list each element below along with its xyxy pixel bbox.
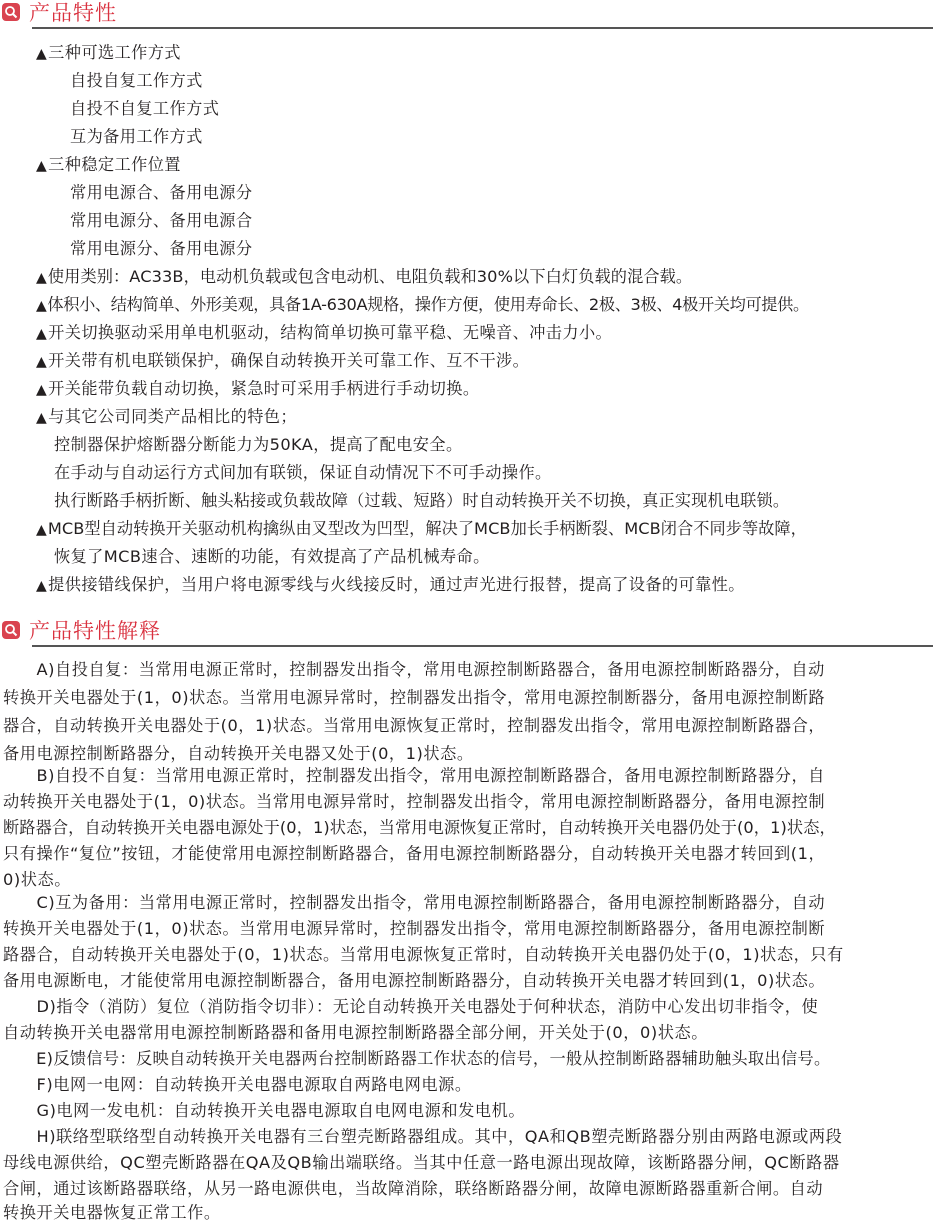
text-line: H)联络型联络型自动转换开关电器有三台塑壳断路器组成。其中，QA和QB塑壳断路器…: [3, 1127, 842, 1147]
text-line: 母线电源供给，QC塑壳断路器在QA及QB输出端联络。当其中任意一路电源出现故障，…: [3, 1153, 840, 1173]
text-line: C)互为备用：当常用电源正常时，控制器发出指令，常用电源控制断路器合，备用电源控…: [3, 893, 825, 913]
text-line: 器合，自动转换开关电器处于(0，1)状态。当常用电源恢复正常时，控制器发出指令，…: [3, 716, 825, 736]
text-line: A)自投自复：当常用电源正常时，控制器发出指令，常用电源控制断路器合，备用电源控…: [3, 660, 825, 680]
triangle-bullet-icon: ▲: [36, 354, 47, 370]
list-item: 自投不自复工作方式: [70, 99, 219, 119]
text-line: 0)状态。: [3, 870, 71, 890]
list-item: 自投自复工作方式: [70, 71, 203, 91]
text-line: F)电网一电网：自动转换开关电器电源取自两路电网电源。: [3, 1075, 472, 1095]
text-line: 备用电源控制断路器分，自动转换开关电器又处于(0，1)状态。: [3, 744, 474, 764]
list-item: ▲MCB型自动转换开关驱动机构擒纵由叉型改为凹型，解决了MCB加长手柄断裂、MC…: [36, 519, 807, 540]
list-item: ▲三种可选工作方式: [36, 43, 181, 64]
text-line: 转换开关电器恢复正常工作。: [3, 1203, 221, 1223]
text-line: 转换开关电器处于(1，0)状态。当常用电源异常时，控制器发出指令，常用电源控制断…: [3, 688, 825, 708]
list-item: ▲开关带有机电联锁保护，确保自动转换开关可靠工作、互不干涉。: [36, 351, 529, 372]
section-title: 产品特性: [29, 0, 117, 27]
text-line: 合闸，通过该断路器联络，从另一路电源供电，当故障消除，联络断路器分闸，故障电源断…: [3, 1179, 823, 1199]
list-item: 常用电源合、备用电源分: [70, 183, 252, 203]
search-icon: [2, 621, 20, 639]
list-item: ▲使用类别：AC33B，电动机负载或包含电动机、电阻负载和30%以下白灯负载的混…: [36, 267, 692, 288]
triangle-bullet-icon: ▲: [36, 522, 47, 538]
triangle-bullet-icon: ▲: [36, 270, 47, 286]
divider: [32, 645, 933, 647]
text-line: 动转换开关电器处于(1，0)状态。当常用电源异常时，控制器发出指令，常用电源控制…: [3, 792, 825, 812]
section-title: 产品特性解释: [29, 615, 161, 645]
section-header-explanation: 产品特性解释: [0, 618, 952, 648]
search-icon: [2, 3, 20, 21]
list-item: ▲开关切换驱动采用单电机驱动，结构简单切换可靠平稳、无噪音、冲击力小。: [36, 323, 612, 344]
divider: [32, 27, 933, 29]
triangle-bullet-icon: ▲: [36, 410, 47, 426]
list-item: 在手动与自动运行方式间加有联锁，保证自动情况下不可手动操作。: [54, 463, 552, 483]
text-line: 只有操作“复位”按钮，才能使常用电源控制断路器合，备用电源控制断路器分，自动转换…: [3, 844, 825, 864]
text-line: 自动转换开关电器常用电源控制断路器和备用电源控制断路器全部分闸，开关处于(0，0…: [3, 1023, 708, 1043]
list-item: ▲与其它公司同类产品相比的特色；: [36, 407, 297, 428]
list-item: 互为备用工作方式: [70, 127, 203, 147]
list-item: 常用电源分、备用电源合: [70, 211, 252, 231]
triangle-bullet-icon: ▲: [36, 578, 47, 594]
triangle-bullet-icon: ▲: [36, 382, 47, 398]
list-item: 常用电源分、备用电源分: [70, 239, 252, 259]
list-item: ▲体积小、结构简单、外形美观，具备1A-630A规格，操作方便，使用寿命长、2极…: [36, 295, 809, 316]
section-header-features: 产品特性: [0, 0, 952, 30]
triangle-bullet-icon: ▲: [36, 46, 47, 62]
text-line: D)指令（消防）复位（消防指令切非）：无论自动转换开关电器处于何种状态，消防中心…: [3, 997, 818, 1017]
triangle-bullet-icon: ▲: [36, 298, 46, 314]
text-line: 断路器合，自动转换开关电器电源处于(0，1)状态，当常用电源恢复正常时，自动转换…: [3, 818, 836, 838]
text-line: E)反馈信号：反映自动转换开关电器两台控制断路器工作状态的信号，一般从控制断路器…: [3, 1049, 831, 1069]
list-item: ▲三种稳定工作位置: [36, 155, 181, 176]
text-line: 转换开关电器处于(1，0)状态。当常用电源异常时，控制器发出指令，常用电源控制断…: [3, 919, 825, 939]
triangle-bullet-icon: ▲: [36, 158, 47, 174]
text-line: G)电网一发电机：自动转换开关电器电源取自电网电源和发电机。: [3, 1101, 525, 1121]
list-item: 控制器保护熔断器分断能力为50KA，提高了配电安全。: [54, 435, 463, 455]
list-item: ▲提供接错线保护，当用户将电源零线与火线接反时，通过声光进行报替，提高了设备的可…: [36, 575, 745, 596]
list-item: 恢复了MCB速合、速断的功能，有效提高了产品机械寿命。: [54, 547, 490, 567]
triangle-bullet-icon: ▲: [36, 326, 47, 342]
list-item: ▲开关能带负载自动切换，紧急时可采用手柄进行手动切换。: [36, 379, 479, 400]
text-line: 备用电源断电，才能使常用电源控制断器合，备用电源控制断路器分，自动转换开关电器才…: [3, 971, 825, 991]
list-item: 执行断路手柄折断、触头粘接或负载故障（过载、短路）时自动转换开关不切换，真正实现…: [54, 491, 789, 511]
text-line: 路器合，自动转换开关电器处于(0，1)状态。当常用电源恢复正常时，自动转换开关电…: [3, 945, 844, 965]
text-line: B)自投不自复：当常用电源正常时，控制器发出指令，常用电源控制断路器合，备用电源…: [3, 766, 825, 786]
